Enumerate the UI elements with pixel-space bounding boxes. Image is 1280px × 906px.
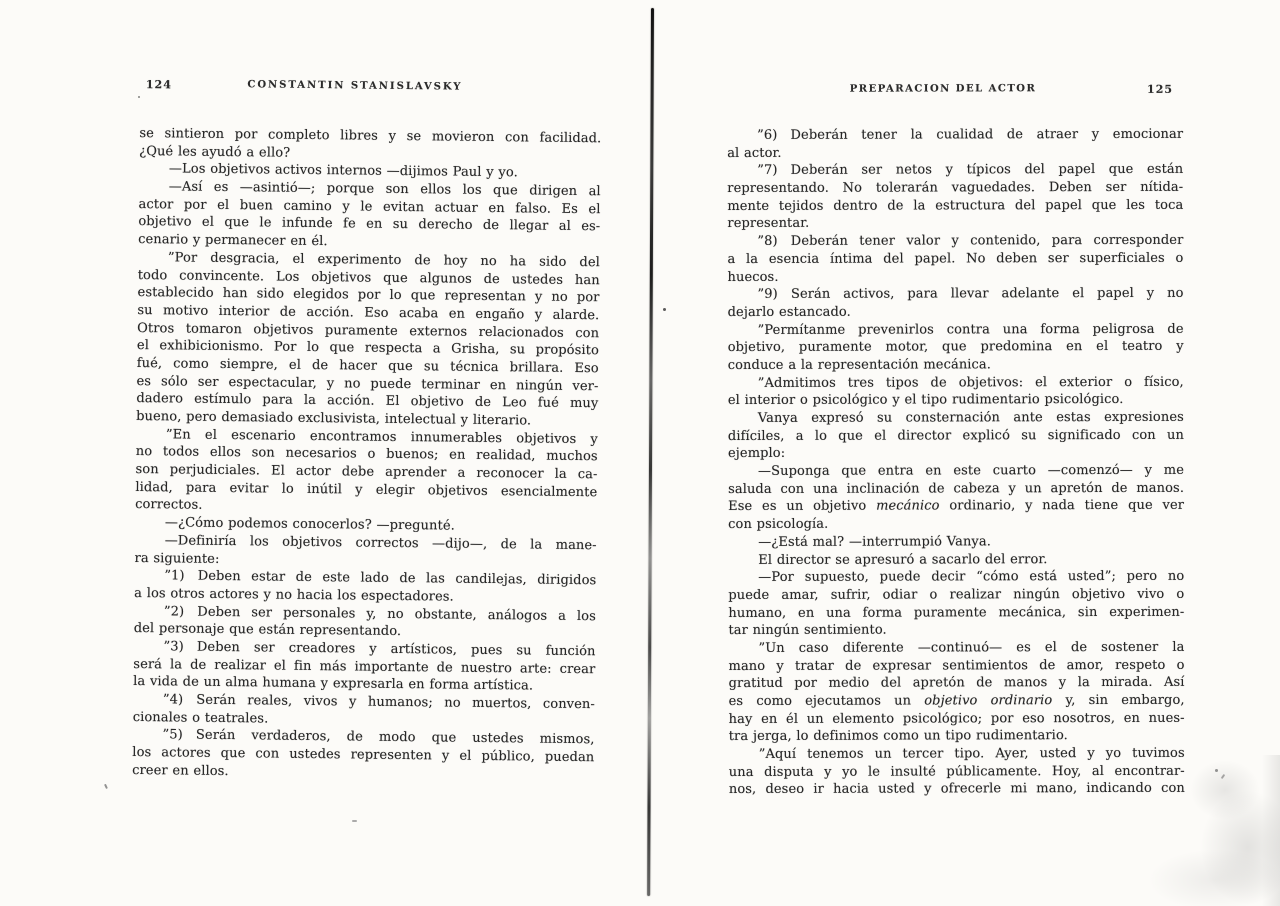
left-page-text: se sintieron por completo libres y se mo… bbox=[132, 125, 601, 785]
text-line: es como ejecutamos un objetivo ordinario… bbox=[729, 692, 1185, 711]
left-running-title: CONSTANTIN STANISLAVSKY bbox=[140, 78, 602, 94]
scan-smudge bbox=[1190, 760, 1260, 820]
right-page-number: 125 bbox=[1147, 83, 1173, 96]
text-line: una disputa y yo le insulté públicamente… bbox=[729, 763, 1185, 782]
text-line: —Suponga que entra en este cuarto —comen… bbox=[728, 462, 1184, 481]
scan-speck bbox=[352, 820, 357, 822]
scanned-book-spread: { "colors": { "ink": "#262626", "paper":… bbox=[0, 0, 1280, 906]
text-line: con psicología. bbox=[728, 515, 1184, 534]
text-line: puede amar, sufrir, odiar o realizar nin… bbox=[728, 586, 1184, 605]
text-line: ”Un caso diferente —continuó— es el de s… bbox=[728, 639, 1184, 658]
text-line: conduce a la representación mecánica. bbox=[728, 356, 1184, 375]
text-line: ejemplo: bbox=[728, 444, 1184, 463]
text-line: objetivo, puramente motor, que predomina… bbox=[728, 338, 1184, 357]
text-line: tra jerga, lo definimos como un tipo rud… bbox=[729, 727, 1185, 746]
text-line: el interior o psicológico y el tipo rudi… bbox=[728, 391, 1184, 410]
text-line: mente tejidos dentro de la estructura de… bbox=[727, 197, 1183, 216]
text-line: Vanya expresó su consternación ante esta… bbox=[728, 409, 1184, 428]
text-line: a la esencia íntima del papel. No deben … bbox=[727, 250, 1183, 269]
right-running-head: PREPARACION DEL ACTOR 125 bbox=[727, 83, 1183, 97]
text-line: dejarlo estancado. bbox=[728, 303, 1184, 322]
scan-speck bbox=[138, 96, 140, 98]
left-running-head: 124 CONSTANTIN STANISLAVSKY bbox=[140, 78, 602, 96]
text-line: representando. No tolerarán vaguedades. … bbox=[727, 179, 1183, 198]
left-page-number: 124 bbox=[146, 78, 172, 91]
text-line: tar ningún sentimiento. bbox=[728, 621, 1184, 640]
text-line: ”8) Deberán tener valor y contenido, par… bbox=[727, 232, 1183, 251]
right-page-text: ”6) Deberán tener la cualidad de atraer … bbox=[727, 126, 1185, 799]
text-line: humano, en una forma puramente mecánica,… bbox=[728, 603, 1184, 622]
text-line: —¿Está mal? —interrumpió Vanya. bbox=[728, 533, 1184, 552]
scan-smudge bbox=[1262, 755, 1280, 906]
text-line: El director se apresuró a sacarlo del er… bbox=[728, 550, 1184, 569]
text-line: ”Aquí tenemos un tercer tipo. Ayer, uste… bbox=[729, 745, 1185, 764]
right-page: PREPARACION DEL ACTOR 125 ”6) Deberán te… bbox=[727, 83, 1185, 799]
text-line: Ese es un objetivo mecánico ordinario, y… bbox=[728, 497, 1184, 516]
text-line: huecos. bbox=[727, 267, 1183, 286]
text-line: hay en él un elemento psicológico; por e… bbox=[729, 709, 1185, 728]
text-line: gratitud por medio del apretón de manos … bbox=[729, 674, 1185, 693]
text-line: ”9) Serán activos, para llevar adelante … bbox=[728, 285, 1184, 304]
text-line: ”Admitimos tres tipos de objetivos: el e… bbox=[728, 373, 1184, 392]
left-page: 124 CONSTANTIN STANISLAVSKY se sintieron… bbox=[132, 78, 602, 785]
text-line: al actor. bbox=[727, 143, 1183, 162]
text-line: difíciles, a lo que el director explicó … bbox=[728, 426, 1184, 445]
text-line: saluda con una inclinación de cabeza y u… bbox=[728, 480, 1184, 499]
scan-speck bbox=[1215, 769, 1218, 772]
text-line: —Por supuesto, puede decir “cómo está us… bbox=[728, 568, 1184, 587]
book-gutter-shadow bbox=[647, 8, 654, 896]
scan-speck bbox=[1221, 774, 1226, 779]
right-running-title: PREPARACION DEL ACTOR bbox=[727, 83, 1183, 95]
text-line: ”7) Deberán ser netos y típicos del pape… bbox=[727, 161, 1183, 180]
scan-smudge bbox=[1150, 850, 1280, 906]
text-line: ”6) Deberán tener la cualidad de atraer … bbox=[727, 126, 1183, 145]
scan-speck bbox=[104, 784, 107, 789]
text-line: ”Permítanme prevenirlos contra una forma… bbox=[728, 320, 1184, 339]
text-line: nos, deseo ir hacia usted y ofrecerle mi… bbox=[729, 780, 1185, 799]
text-line: mano y tratar de expresar sentimientos d… bbox=[729, 656, 1185, 675]
scan-speck bbox=[663, 308, 666, 311]
text-line: representar. bbox=[727, 214, 1183, 233]
scan-smudge bbox=[1200, 790, 1280, 905]
